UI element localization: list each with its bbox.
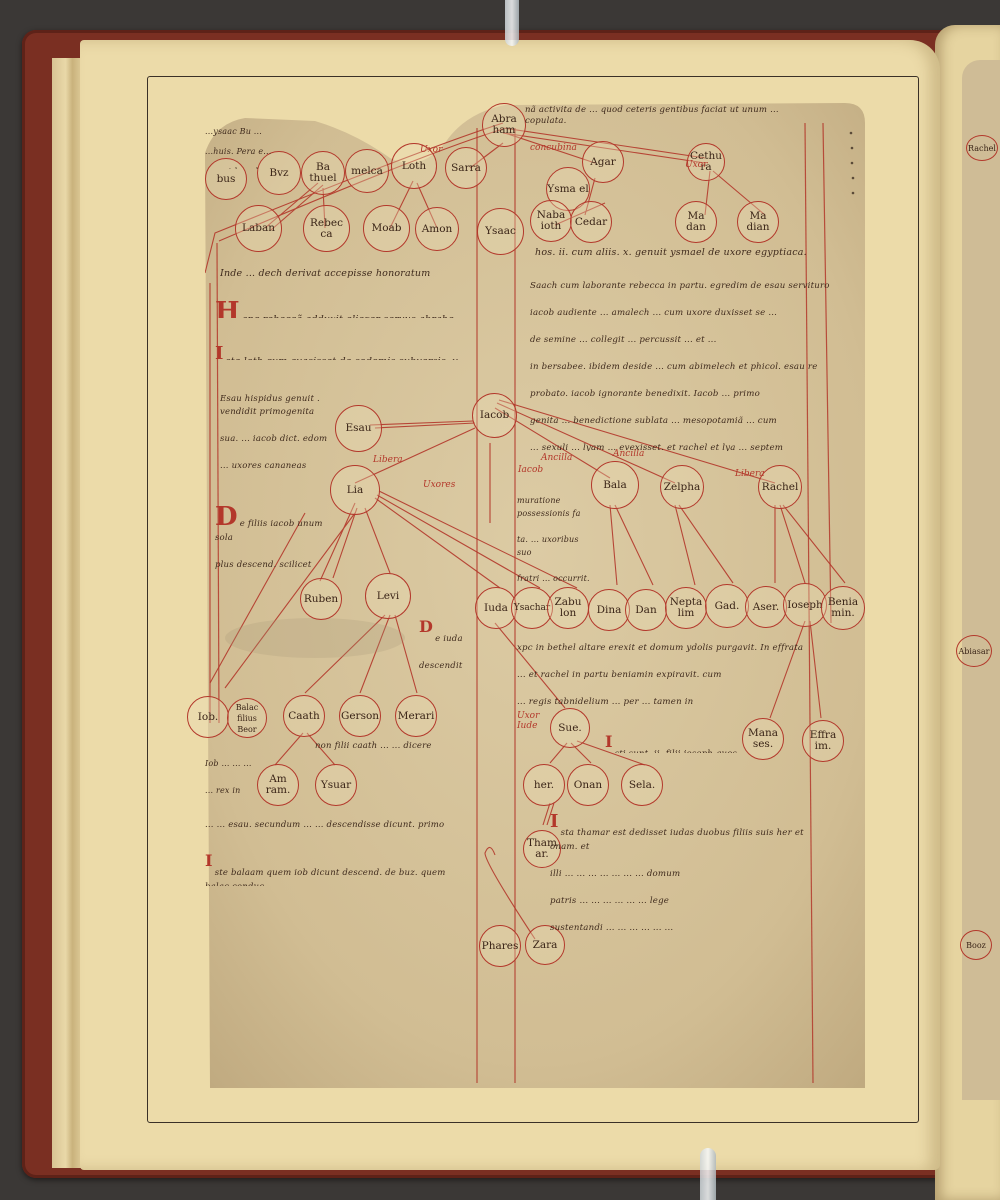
rubric-initial: I [205, 854, 213, 868]
roundel-bala: Bala [591, 461, 639, 509]
roundel-melca: melca [345, 149, 389, 193]
text-line: fratri ... occurrit. Cum filia [517, 574, 590, 581]
facing-roundel: Abiasar [956, 635, 992, 667]
text-line: sua. ... iacob dict. edom [220, 434, 327, 444]
rubric-initial: H [215, 300, 240, 319]
text-line: iacob audiente ... amalech ... cum uxore… [530, 308, 777, 318]
text-line: illi ... ... ... ... ... ... ... domum [550, 869, 680, 879]
roundel-zelpha: Zelpha [660, 465, 704, 509]
roundel-rebecca: Rebec ca [303, 205, 350, 252]
rubric-label: concubina [530, 143, 577, 153]
text-line: ...sunt hunal ass. sau... [205, 167, 303, 169]
roundel-gad: Gad. [705, 584, 749, 628]
text-line: muratione possessionis fa [517, 496, 581, 518]
roundel-phares: Phares [479, 925, 521, 967]
text-line: anc rebeccã adduxit eliezer servus abrah… [215, 314, 454, 318]
text-line: ste balaam quem iob dicunt descend. de b… [205, 868, 446, 886]
text-line: ta. ... uxoribus suo [517, 535, 579, 557]
facing-roundel: Rachel [966, 135, 998, 161]
roundel-iob: Iob. [187, 696, 229, 738]
text-iste-balaam: I ste balaam quem iob dicunt descend. de… [205, 840, 470, 886]
text-esau-note: Esau hispidus genuit . vendidit primogen… [220, 379, 340, 479]
roundel-iacob: Iacob [472, 393, 517, 438]
rubric-label: Libera [373, 455, 403, 465]
text-hanc-rebeccam: H anc rebeccã adduxit eliezer servus abr… [215, 286, 480, 318]
roundel-amon: Amon [415, 207, 459, 251]
text-line: ...ysaac Bu ... [205, 127, 262, 136]
roundel-ysuar: Ysuar [315, 764, 357, 806]
page-clip-bottom [700, 1148, 716, 1200]
roundel-sarra: Sarra [445, 147, 487, 189]
text-line: patris ... ... ... ... ... ... lege [550, 896, 669, 906]
text-line: descendit [419, 661, 462, 671]
text-line: ... ... esau. secundum ... ... descendis… [205, 820, 444, 830]
text-line: ... rex in [205, 786, 241, 795]
roundel-dan: Dan [625, 589, 667, 631]
roundel-madian: Ma dian [737, 201, 779, 243]
rubric-label: Iacob [518, 465, 543, 475]
text-line: sustentandi ... ... ... ... ... ... [550, 923, 673, 933]
text-line: ...huis. Pera e... [205, 147, 272, 156]
roundel-levi: Levi [365, 573, 411, 619]
text-line: non filii caath ... ... dicere [315, 741, 432, 751]
rubric-label: Uxores [423, 480, 455, 490]
roundel-madan: Ma dan [675, 201, 717, 243]
text-line: sti sunt .ii. filii ioseph quos ... fac … [605, 749, 737, 753]
text-isti-sunt-filii-ioseph: I sti sunt .ii. filii ioseph quos ... fa… [605, 721, 745, 753]
roundel-ysaac: Ysaac [477, 208, 524, 255]
roundel-aser: Aser. [745, 586, 787, 628]
rubric-initial: I [215, 342, 224, 361]
text-ista-thamar: I sta thamar est dedisset iudas duobus f… [550, 800, 820, 940]
text-hol-note: hos. ii. cum aliis. x. genuit ysmael de … [535, 246, 820, 262]
text-under-laban: Inde ... dech derivat accepisse honoratu… [220, 253, 470, 281]
text-iste-loth: I ste loth cum evasisset de sodomis subv… [215, 328, 480, 360]
text-de-iuda: D e iuda descendit xpc. per hanc lineam … [419, 606, 479, 686]
text-line: ... regis tabnidelium ... per ... tamen … [517, 697, 693, 707]
rubric-label: Uxor Iude [517, 711, 553, 731]
roundel-sue: Sue. [550, 708, 590, 748]
roundel-laban: Laban [235, 205, 282, 252]
text-iob-note: Iob ... ... ... ... rex in ... balac ...… [205, 743, 265, 803]
rubric-initial: D [215, 505, 238, 529]
text-levi-sons-note: non filii caath ... ... dicere sufficiat… [315, 726, 485, 756]
roundel-manasses: Mana ses. [742, 718, 784, 760]
text-line: xpc in bethel altare erexit et domum ydo… [517, 643, 803, 653]
text-line: sta thamar est dedisset iudas duobus fil… [550, 828, 804, 852]
roundel-agar: Agar [582, 141, 624, 183]
rubric-label: Ancilla [541, 453, 572, 463]
text-line: Iob ... ... ... [205, 759, 252, 768]
roundel-abraham: Abra ham [482, 103, 526, 147]
rubric-initial: I [605, 735, 613, 749]
roundel-effraim: Effra im. [802, 720, 844, 762]
text-line: in bersabee. ibidem deside ... cum abime… [530, 362, 818, 372]
text-line: probato. iacob ignorante benedixit. Iaco… [530, 389, 760, 399]
text-line: plus descend. scilicet levi [215, 560, 312, 572]
text-line: ... sexuli ... lyam ... evexisset. et ra… [530, 443, 783, 452]
rubric-initial: D [419, 620, 433, 634]
text-line: de semine ... collegit ... percussit ...… [530, 335, 717, 345]
text-line: e iuda [435, 634, 463, 644]
text-saach-block: Saach cum laborante rebecca in partu. eg… [530, 266, 830, 451]
rubric-label: Uxor [420, 145, 442, 155]
text-de-filiis-iacob: D e filiis iacob unum sola plus descend.… [215, 491, 327, 571]
roundel-nabaioth: Naba ioth [530, 200, 572, 242]
rubric-label: Libera [735, 469, 765, 479]
roundel-moab: Moab [363, 205, 410, 252]
facing-roundel: Booz [960, 930, 992, 960]
parchment-roll: bus Bvz Ba thuel melca Loth Sarra Abra h… [205, 103, 865, 1093]
text-esau-descent: ... ... esau. secundum ... ... descendis… [205, 805, 470, 835]
text-bethel-block: xpc in bethel altare erexit et domum ydo… [517, 628, 827, 713]
text-line: genita ... benedictione sublata ... meso… [530, 416, 777, 426]
text-line: ste loth cum evasisset de sodomis subver… [215, 356, 460, 360]
text-line: ... et rachel in partu beniamin expiravi… [517, 670, 722, 680]
rubric-initial: I [550, 814, 559, 830]
roundel-balac: Balac filius Beor [227, 698, 267, 738]
text-top-left-fragment: ...ysaac Bu ... ...huis. Pera e... ...su… [205, 117, 320, 169]
page-clip-top [505, 0, 519, 46]
roundel-dina: Dina [588, 589, 630, 631]
text-top-center-note: nã activita de ... quod ceteris gentibus… [525, 105, 805, 131]
text-line: Esau hispidus genuit . vendidit primogen… [220, 394, 320, 418]
facing-parchment-strip: Rachel Abiasar Booz [962, 60, 1000, 1100]
text-iacob-uxores-note: muratione possessionis fa ta. ... uxorib… [517, 481, 592, 581]
roundel-esau: Esau [335, 405, 382, 452]
rubric-label: Uxor [685, 160, 707, 170]
roundel-cedar: Cedar [570, 201, 612, 243]
roundel-neptalim: Nepta lim [665, 587, 707, 629]
roundel-zabulon: Zabu lon [547, 587, 589, 629]
roundel-beniamin: Benia min. [821, 586, 865, 630]
text-line: Inde ... dech derivat accepisse honoratu… [220, 268, 430, 282]
text-line: Saach cum laborante rebecca in partu. eg… [530, 281, 830, 291]
text-line: ... uxores cananeas [220, 461, 306, 471]
